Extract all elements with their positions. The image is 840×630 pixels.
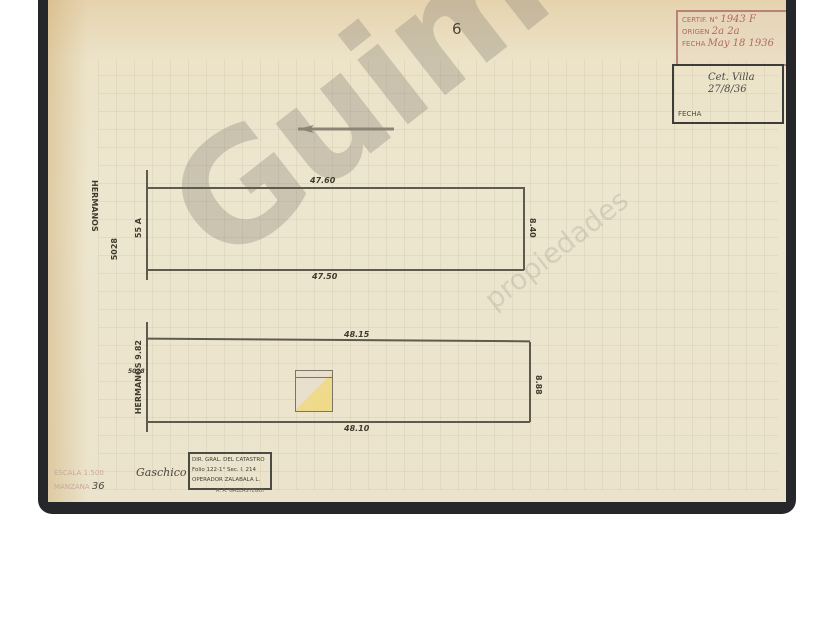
handwritten-note: Cet. Villa 27/8/36 [708,72,778,96]
stamp-row: CERTIF. N° 1943 F [682,14,782,26]
manzana-number: 36 [92,481,105,492]
parcel-1-right-side: 8.40 [528,218,537,238]
stamp-row: FECHA May 18 1936 [682,38,782,50]
parcel-2-right-line [529,342,531,422]
parcel-1-right-line [523,187,525,270]
parcel-2-top-length: 48.15 [344,330,369,339]
catastro-stamp: DIR. GRAL. DEL CATASTRO Folio 122-1° Sec… [188,452,272,490]
catastro-row: Folio 122-1° Sec. I. 214 [192,465,268,475]
page-number: 6 [452,20,462,38]
parcel-1-left-ref: 5028 [110,238,119,260]
cadastral-plan-sheet: Guimat propiedades 6 CERTIF. N° 1943 F O… [48,0,786,502]
parcel-2-bottom-length: 48.10 [344,424,369,433]
scale-label: ESCALA 1:500 [54,466,105,480]
catastro-title: DIR. GRAL. DEL CATASTRO [192,455,268,465]
building-marker [295,370,333,412]
north-arrow-icon [296,124,396,134]
parcel-1-bottom-line [148,269,524,271]
parcel-1-left-side: 55 A [134,218,143,238]
signature: Gaschico [136,466,187,479]
stamp-fecha-label: FECHA [678,108,701,120]
stamp-sublabel: A. A. GALLASTEGUI [216,488,264,494]
parcel-2-right-side: 8.88 [534,375,543,395]
parcel-1-top-length: 47.60 [310,176,335,185]
parcel-2-left-owner: HERMANOS 9.82 [134,340,143,414]
parcel-1-bottom-length: 47.50 [312,272,337,281]
parcel-2-left-ref: 5028 [128,368,145,375]
stamp-row: ORIGEN 2a 2a [682,26,782,38]
catastro-row: OPERADOR ZALABALA L. [192,475,268,485]
manzana-label: MANZANA [54,483,90,491]
scale-block: ESCALA 1:500 MANZANA 36 [54,466,105,494]
parcel-2-bottom-line [148,421,530,423]
parcel-1-top-line [148,187,524,189]
verification-stamp: Cet. Villa 27/8/36 FECHA [672,64,784,124]
certificate-stamp: CERTIF. N° 1943 F ORIGEN 2a 2a FECHA May… [676,10,786,66]
parcel-1-left-owner: HERMANOS [90,180,99,232]
